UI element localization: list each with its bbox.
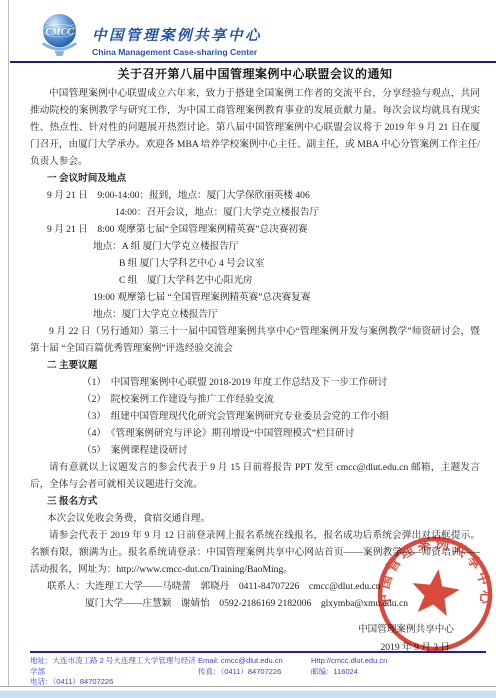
page-footer: 地址：大连市凌工路 2 号大连理工大学管理与经济学部 电话：（0411）8470… [30,651,486,688]
header-divider [10,61,496,63]
bottom-divider [0,686,496,687]
topic-item: （5） 案例课程建设研讨 [30,442,480,459]
speak-note-paragraph: 请有意就以上议题发言的参会代表于 9 月 15 日前将报告 PPT 发至 cmc… [30,459,480,493]
footer-zipcode: 邮编：116024 [311,667,486,678]
cmcc-globe-logo-icon: CMCC [36,11,83,59]
schedule-line: B 组 厦门大学科艺中心 4 号会议室 [30,255,480,272]
topic-item: （4） 《管理案例研究与评论》期刊增设“中国管理模式”栏目研讨 [30,425,480,442]
brand-name-english: China Management Case-sharing Center [92,47,257,57]
official-seal-stamp-icon: 中国管理案例共享中心 [375,534,495,654]
footer-fax: 传真：（0411）84707226 [198,667,311,678]
schedule-line: 地点：A 组 厦门大学克立楼报告厅 [30,238,480,255]
schedule-line: 9 月 21 日 8:00 观摩第七届“全国管理案例精英赛”总决赛初赛 [30,221,480,238]
footer-website: Http://cmcc.dlut.edu.cn [311,656,486,667]
footer-email: Email: cmcc@dlut.edu.cn [198,656,311,667]
bottom-window-strip [0,690,496,698]
topic-item: （3） 组建中国管理现代化研究会管理案例研究专业委员会党的工作小组 [30,408,480,425]
document-page: CMCC 中国管理案例共享中心 China Management Case-sh… [0,0,496,698]
schedule-line: 9 月 21 日 9:00-14:00：报到，地点：厦门大学保欣丽英楼 406 [30,187,480,204]
brand-name-chinese: 中国管理案例共享中心 [92,24,262,45]
page-left-edge-divider [8,0,9,687]
topic-item: （1） 中国管理案例中心联盟 2018-2019 年度工作总结及下一步工作研讨 [30,374,480,391]
section-heading-2: 二 主要议题 [30,357,480,374]
schedule-line: C 组 厦门大学科艺中心阳光房 [30,272,480,289]
intro-paragraph: 中国管理案例中心联盟成立六年来，致力于搭建全国案例工作者的交流平台，分享经验与观… [30,85,480,170]
footer-column-web: Http://cmcc.dlut.edu.cn 邮编：116024 [311,656,486,688]
section-heading-3: 三 报名方式 [30,493,480,510]
topic-item: （2） 院校案例工作建设与推广工作经验交流 [30,391,480,408]
logo-cmcc-text: CMCC [45,27,74,38]
schedule-line: 地点：厦门大学克立楼报告厅 [30,306,480,323]
footer-column-address: 地址：大连市凌工路 2 号大连理工大学管理与经济学部 电话：（0411）8470… [30,656,198,688]
fee-note-line: 本次会议免收会务费，食宿交通自理。 [30,510,480,527]
notice-922-paragraph: 9 月 22 日（另行通知）第三十一届中国管理案例共享中心“管理案例开发与案例教… [30,323,480,357]
footer-column-email: Email: cmcc@dlut.edu.cn 传真：（0411）8470722… [198,656,311,688]
document-title: 关于召开第八届中国管理案例中心联盟会议的通知 [30,65,480,82]
schedule-line: 14:00：召开会议，地点：厦门大学克立楼报告厅 [30,204,480,221]
section-heading-1: 一 会议时间及地点 [30,170,480,187]
footer-address: 地址：大连市凌工路 2 号大连理工大学管理与经济学部 [30,656,198,677]
schedule-line: 19:00 观摩第七届 “全国管理案例精英赛”总决赛复赛 [30,289,480,306]
